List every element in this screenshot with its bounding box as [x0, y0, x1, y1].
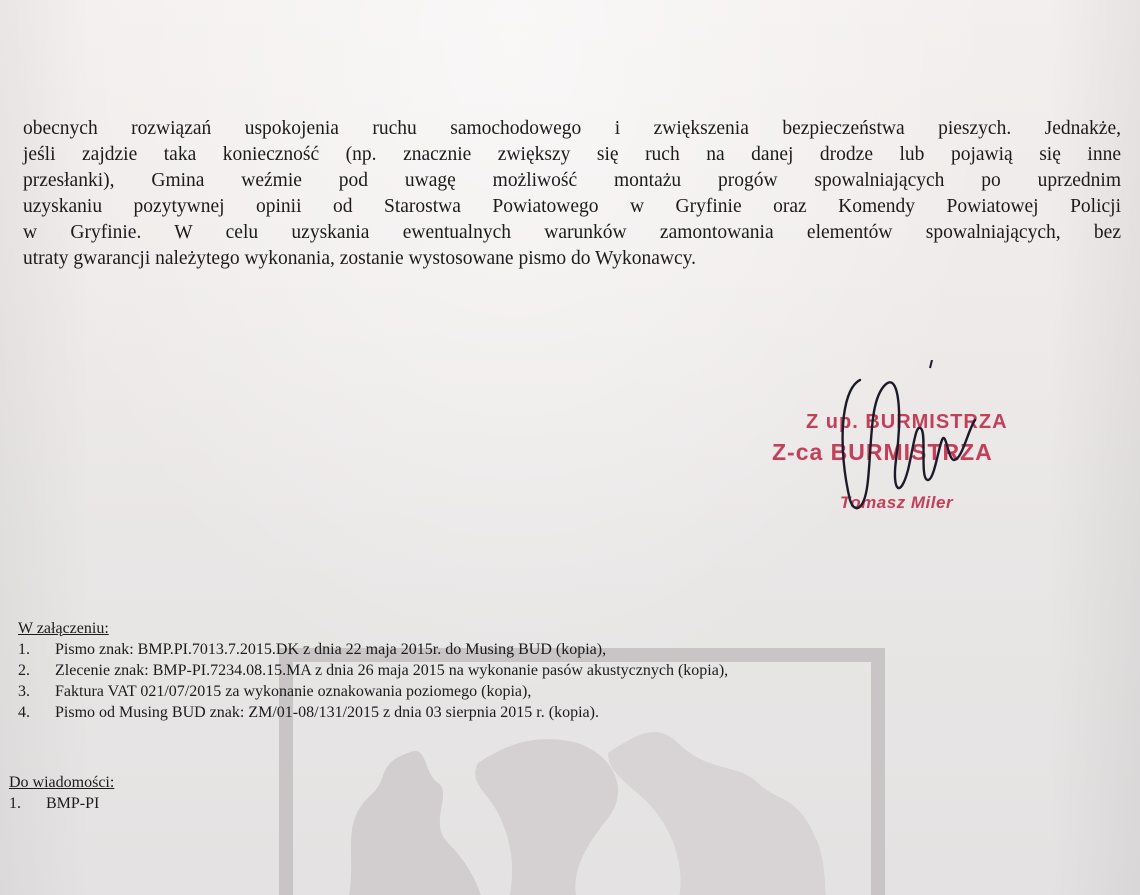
attachments-section: W załączeniu: 1.Pismo znak: BMP.PI.7013.…: [18, 618, 728, 723]
attachment-item: 3.Faktura VAT 021/07/2015 za wykonanie o…: [18, 681, 728, 702]
attachment-item: 4.Pismo od Musing BUD znak: ZM/01-08/131…: [18, 702, 728, 723]
attachment-item: 2.Zlecenie znak: BMP-PI.7234.08.15.MA z …: [18, 660, 728, 681]
cc-item: 1.BMP-PI: [9, 793, 114, 814]
body-line: obecnych rozwiązań uspokojenia ruchu sam…: [23, 116, 1121, 142]
attachment-item: 1.Pismo znak: BMP.PI.7013.7.2015.DK z dn…: [18, 639, 728, 660]
cc-section: Do wiadomości: 1.BMP-PI: [9, 772, 114, 814]
stamp-line-1: Z up. BURMISTRZA: [806, 411, 1008, 434]
cc-heading: Do wiadomości:: [9, 772, 114, 793]
body-line: w Gryfinie. W celu uzyskania ewentualnyc…: [23, 220, 1121, 246]
stamp-line-2: Z-ca BURMISTRZA: [772, 439, 993, 466]
body-line: utraty gwarancji należytego wykonania, z…: [23, 246, 1121, 272]
letter-body-paragraph: obecnych rozwiązań uspokojenia ruchu sam…: [23, 116, 1121, 272]
stamp-signatory-name: Tomasz Miler: [840, 493, 953, 513]
body-line: przesłanki), Gmina weźmie pod uwagę możl…: [23, 168, 1121, 194]
official-stamp: Z up. BURMISTRZA Z-ca BURMISTRZA Tomasz …: [770, 405, 1070, 525]
attachments-heading: W załączeniu:: [18, 618, 728, 639]
body-line: uzyskaniu pozytywnej opinii od Starostwa…: [23, 194, 1121, 220]
body-line: jeśli zajdzie taka konieczność (np. znac…: [23, 142, 1121, 168]
